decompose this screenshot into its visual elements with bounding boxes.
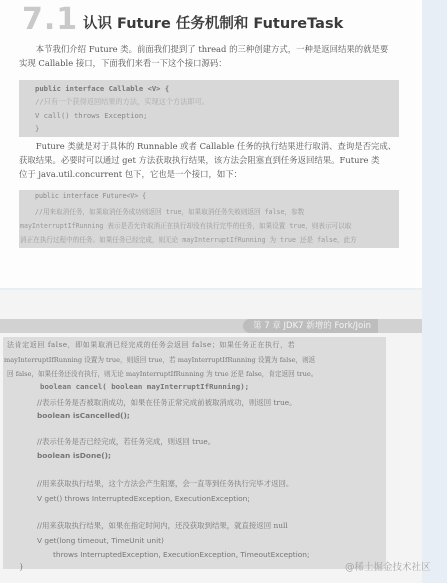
future-code-continued: 法肯定返回 false，即如果取消已经完成的任务会返回 false；如果任务正在… bbox=[3, 337, 386, 569]
code-comment: //用来取消任务，如果取消任务成功则返回 true，如果取消任务失败则返回 fa… bbox=[35, 206, 304, 216]
code-comment: mayInterruptIfRunning 设置为 true，则返回 true，… bbox=[4, 354, 315, 364]
code-line: V call() throws Exception; bbox=[35, 111, 148, 120]
code-comment: mayInterruptIfRunning 表示是否允许取消正在执行却没有执行完… bbox=[20, 220, 351, 230]
chapter-header: 第 7 章 JDK7 新增的 Fork/Join bbox=[243, 319, 378, 333]
watermark: @稀土掘金技术社区 bbox=[345, 559, 431, 573]
future-code-block: public interface Future<V> { //用来取消任务，如果… bbox=[19, 190, 399, 248]
code-line: throws InterruptedException, ExecutionEx… bbox=[53, 550, 309, 559]
code-line: boolean cancel( boolean mayInterruptIfRu… bbox=[40, 382, 249, 391]
paragraph-line: 实现 Callable 接口，下面我们来看一下这个接口源码： bbox=[19, 56, 399, 70]
section-title: 认识 Future 任务机制和 FutureTask bbox=[83, 12, 343, 33]
callable-code-block: public interface Callable <V> { //只有一个获得… bbox=[19, 80, 399, 137]
paragraph-line: 位于 java.util.concurrent 包下，它也是一个接口，如下： bbox=[19, 167, 399, 181]
code-comment: //表示任务是否被取消成功，如果在任务正常完成前被取消成功，则返回 true。 bbox=[37, 397, 296, 408]
book-page-top: 7.1 认识 Future 任务机制和 FutureTask 本节我们介绍 Fu… bbox=[0, 0, 422, 288]
code-line: public interface Future<V> { bbox=[35, 192, 146, 200]
code-comment: //只有一个获得返回结果的方法，实现这个方法即可。 bbox=[35, 97, 209, 107]
code-line: boolean isDone(); bbox=[37, 451, 111, 460]
code-comment: //用来获取执行结果，如果在指定时间内，还没获取到结果，就直接返回 null bbox=[37, 520, 288, 531]
code-comment: 法肯定返回 false，即如果取消已经完成的任务会返回 false；如果任务正在… bbox=[7, 340, 295, 350]
code-line: public interface Callable <V> { bbox=[35, 84, 169, 93]
future-paragraph: Future 类就是对于具体的 Runnable 或者 Callable 任务的… bbox=[19, 139, 399, 181]
background-strip bbox=[422, 0, 447, 583]
code-line: } bbox=[19, 562, 24, 571]
section-number: 7.1 bbox=[22, 2, 78, 37]
paragraph-line: Future 类就是对于具体的 Runnable 或者 Callable 任务的… bbox=[19, 139, 399, 153]
code-comment: 回 false，如果任务还没有执行，则无论 mayInterruptIfRunn… bbox=[7, 368, 317, 378]
code-comment: 消正在执行过程中的任务。如果任务已经完成，则无论 mayInterruptIfR… bbox=[20, 234, 357, 244]
book-page-bottom: 第 7 章 JDK7 新增的 Fork/Join 法肯定返回 false，即如果… bbox=[0, 290, 422, 583]
code-line: boolean isCancelled(); bbox=[37, 411, 130, 420]
code-comment: //表示任务是否已经完成，若任务完成，则返回 true。 bbox=[37, 436, 215, 447]
paragraph-line: 获取结果。必要时可以通过 get 方法获取执行结果，该方法会阻塞直到任务返回结果… bbox=[19, 153, 399, 167]
code-line: } bbox=[35, 124, 39, 133]
paragraph-line: 本节我们介绍 Future 类。前面我们提到了 thread 的三种创建方式，一… bbox=[19, 42, 399, 56]
code-line: V get(long timeout, TimeUnit unit) bbox=[37, 536, 164, 545]
code-comment: //用来获取执行结果，这个方法会产生阻塞，会一直等到任务执行完毕才返回。 bbox=[37, 478, 293, 489]
code-line: V get() throws InterruptedException, Exe… bbox=[37, 494, 250, 503]
intro-paragraph: 本节我们介绍 Future 类。前面我们提到了 thread 的三种创建方式，一… bbox=[19, 42, 399, 70]
